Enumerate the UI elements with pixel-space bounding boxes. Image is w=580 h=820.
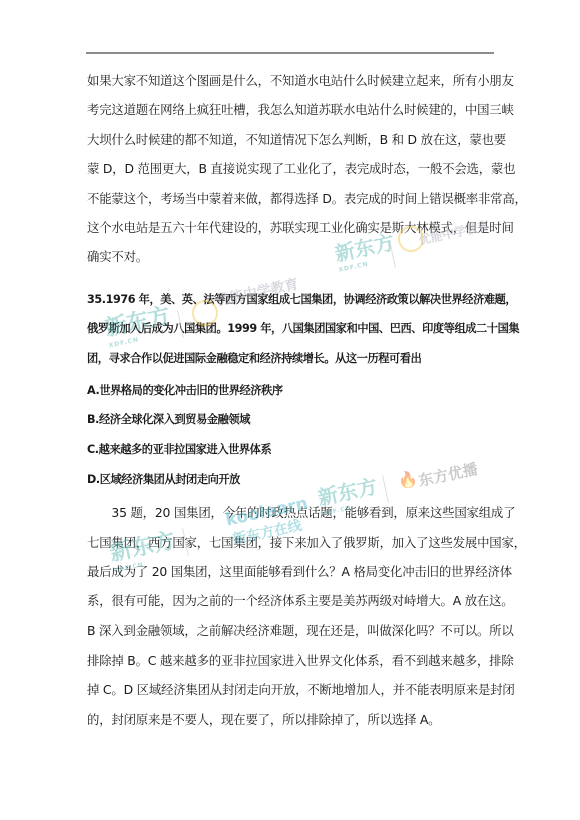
watermark-youneng-icon bbox=[192, 300, 218, 326]
text-line: 这个水电站是五六十年代建设的，苏联实现工业化确实是斯大林模式，但是时间 bbox=[87, 220, 514, 236]
text-line: 排除掉 B。C 越来越多的亚非拉国家进入世界文化体系，看不到越来越多，排除 bbox=[87, 653, 514, 669]
text-line: 35 题，20 国集团，今年的时政热点话题，能够看到，原来这些国家组成了 bbox=[87, 505, 515, 521]
option-d: D.区域经济集团从封闭走向开放 bbox=[87, 472, 240, 488]
watermark-divider bbox=[389, 240, 396, 268]
watermark-domain: XDF.CN bbox=[338, 255, 398, 274]
text-line: 最后成为了 20 国集团，这里面能够看到什么？A 格局变化冲击旧的世界经济体 bbox=[87, 564, 512, 580]
text-line: B 深入到金融领域，之前解决经济难题，现在还是，叫做深化吗？不可以。所以 bbox=[87, 623, 514, 639]
text-line: 确实不对。 bbox=[87, 249, 148, 265]
option-b: B.经济全球化深入到贸易金融领域 bbox=[87, 412, 250, 428]
question-stem-line: 35.1976 年，美、英、法等西方国家组成七国集团，协调经济政策以解决世界经济… bbox=[87, 292, 516, 308]
text-line: 考完这道题在网络上疯狂吐槽，我怎么知道苏联水电站什么时候建的，中国三峡 bbox=[87, 102, 514, 118]
text-line: 蒙 D，D 范围更大，B 直接说实现了工业化了，表完成时态，一般不会选，蒙也 bbox=[87, 161, 515, 177]
text-line: 系，很有可能，因为之前的一个经济体系主要是美苏两级对峙增大。A 放在这。 bbox=[87, 593, 514, 609]
header-rule bbox=[86, 52, 494, 54]
text-line: 不能蒙这个，考场当中蒙着来做，都得选择 D。表完成的时间上错误概率非常高， bbox=[87, 191, 527, 207]
watermark-youneng-icon bbox=[398, 226, 424, 252]
option-a: A.世界格局的变化冲击旧的世界经济秩序 bbox=[87, 383, 283, 399]
watermark-dongfang-text: 东方优播 bbox=[416, 458, 479, 491]
text-line: 掉 C。D 区域经济集团从封闭走向开放，不断地增加人，并不能表明原来是封闭 bbox=[87, 682, 515, 698]
question-stem-line: 团，寻求合作以促进国际金融稳定和经济持续增长。从这一历程可看出 bbox=[87, 351, 421, 367]
question-stem-line: 俄罗斯加入后成为八国集团。1999 年，八国集团国家和中国、巴西、印度等组成二十… bbox=[87, 321, 519, 337]
text-line: 大坝什么时候建的都不知道，不知道情况下怎么判断，B 和 D 放在这，蒙也要 bbox=[87, 132, 506, 148]
watermark-flame-icon: 🔥 bbox=[396, 468, 419, 491]
text-line: 如果大家不知道这个图画是什么，不知道水电站什么时候建立起来，所有小朋友 bbox=[87, 73, 514, 89]
option-c: C.越来越多的亚非拉国家进入世界体系 bbox=[87, 442, 271, 458]
watermark-divider bbox=[382, 475, 389, 503]
text-line: 七国集团，西方国家，七国集团，接下来加入了俄罗斯，加入了这些发展中国家， bbox=[87, 535, 526, 551]
text-line: 的，封闭原来是不要人，现在要了，所以排除掉了，所以选择 A。 bbox=[87, 712, 440, 728]
